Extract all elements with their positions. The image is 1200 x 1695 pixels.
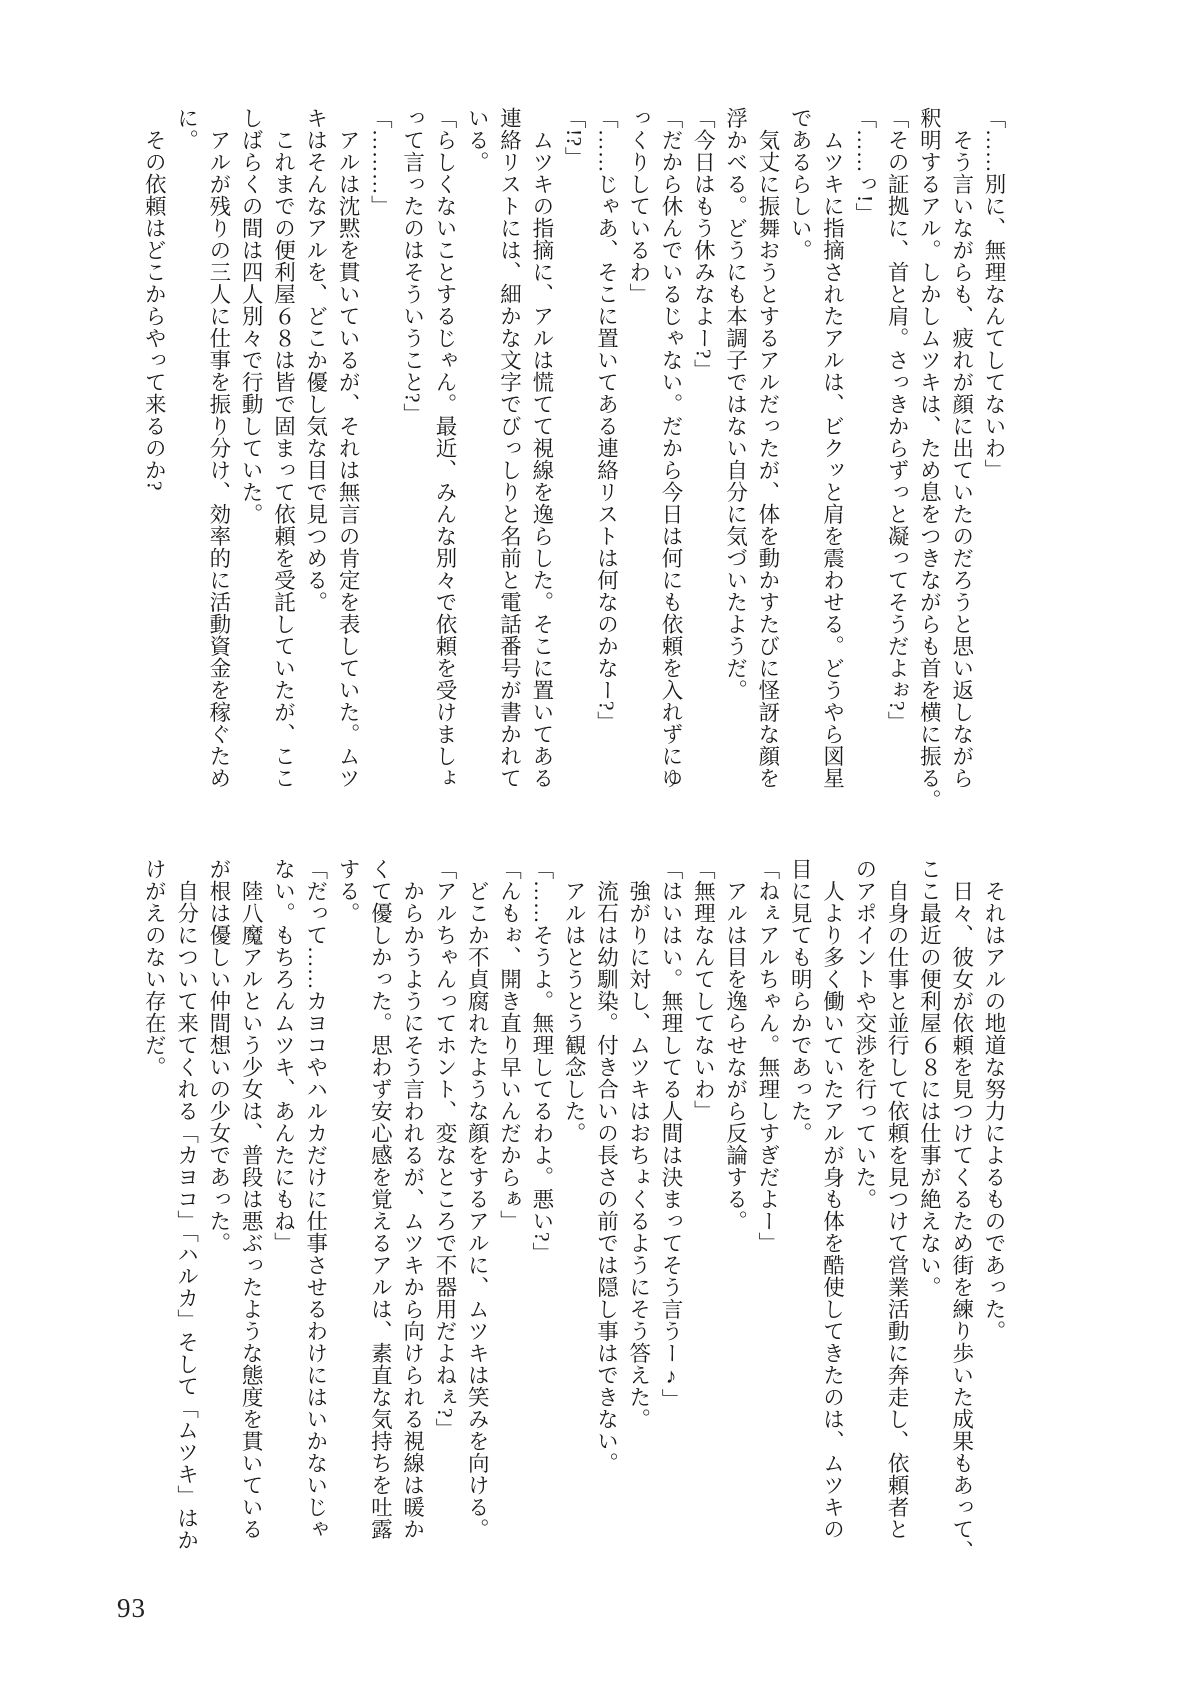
page: 「……別に、無理なんてしてないわ」 そう言いながらも、疲れが顔に出ていたのだろう… [0, 0, 1200, 1695]
story-text-block-bottom: それはアルの地道な努力によるものであった。 日々、彼女が依頼を見つけてくるため街… [138, 858, 1010, 1550]
page-number: 93 [117, 1593, 146, 1624]
story-text-block-top: 「……別に、無理なんてしてないわ」 そう言いながらも、疲れが顔に出ていたのだろう… [138, 107, 1010, 799]
